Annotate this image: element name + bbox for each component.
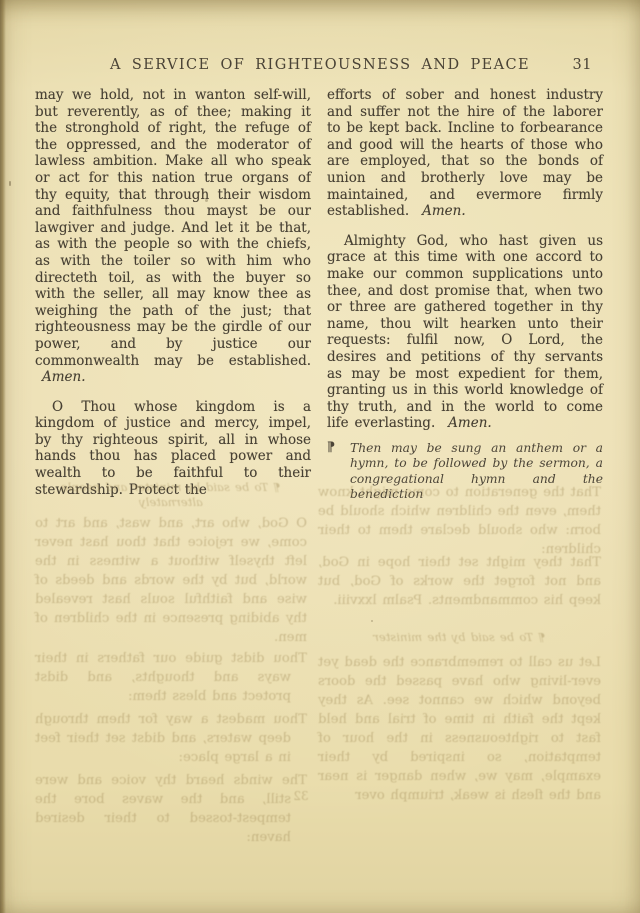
pilcrow-icon: ¶	[327, 440, 335, 455]
right-column: efforts of sober and honest industry and…	[327, 87, 603, 503]
page-left-edge	[0, 0, 6, 913]
folio-page-number: 31	[573, 57, 592, 73]
ghost-versicle: Thou madest a way for them through deep …	[35, 710, 307, 767]
ghost-versicle: The winds heard thy voice and were still…	[35, 771, 307, 847]
ghost-paragraph-right-2: That they might set their hope in God, a…	[318, 553, 601, 610]
paper-speck	[9, 181, 11, 186]
prayer-paragraph-2: O Thou whose kingdom is a kingdom of jus…	[35, 399, 311, 499]
ghost-rubric-right: ¶ To be said by the minister	[318, 630, 601, 645]
text-columns: may we hold, not in wanton self-will, bu…	[35, 87, 603, 503]
scanned-book-page: A SERVICE OF RIGHTEOUSNESS AND PEACE 31 …	[0, 0, 640, 913]
ghost-paragraph-left: O God, who art, and wast, and art to com…	[35, 514, 307, 647]
prayer-text: O Thou whose kingdom is a kingdom of jus…	[35, 399, 311, 498]
prayer-text: Almighty God, who hast given us grace at…	[327, 233, 603, 432]
paper-speck	[371, 620, 373, 622]
rubric: ¶ Then may be sung an anthem or a hymn, …	[327, 441, 603, 503]
page-header: A SERVICE OF RIGHTEOUSNESS AND PEACE 31	[0, 57, 640, 77]
ghost-folio-number: 32	[286, 787, 316, 806]
ghost-paragraph-right-3: Let us call to remembrance the dead yet …	[318, 653, 601, 805]
paper-speck	[205, 199, 208, 202]
left-column: may we hold, not in wanton self-will, bu…	[35, 87, 311, 503]
ghost-versicle: Thou didst guide our fathers in their wa…	[35, 649, 307, 706]
prayer-text: may we hold, not in wanton self-will, bu…	[35, 87, 311, 369]
prayer-text: efforts of sober and honest industry and…	[327, 87, 603, 219]
amen-label: Amen.	[42, 369, 86, 385]
prayer-paragraph-4: Almighty God, who hast given us grace at…	[327, 233, 603, 432]
prayer-paragraph-3: efforts of sober and honest industry and…	[327, 87, 603, 220]
amen-label: Amen.	[422, 203, 466, 219]
amen-label: Amen.	[448, 415, 492, 431]
rubric-text: Then may be sung an anthem or a hymn, to…	[350, 441, 603, 501]
page-header-title: A SERVICE OF RIGHTEOUSNESS AND PEACE	[0, 57, 640, 73]
prayer-paragraph-1: may we hold, not in wanton self-will, bu…	[35, 87, 311, 386]
ghost-versicles-left: Thou didst guide our fathers in their wa…	[35, 649, 307, 851]
